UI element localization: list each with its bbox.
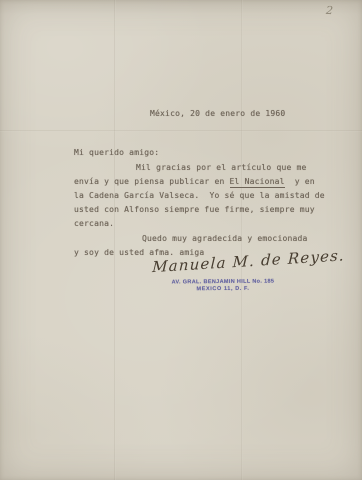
body-line-1: Mil gracias por el artículo que me xyxy=(136,163,307,172)
body-line-5: cercana. xyxy=(74,219,114,228)
body-line-3: la Cadena García Valseca. Yo sé que la a… xyxy=(74,191,325,200)
letter-scan: 2 México, 20 de enero de 1960 Mi querido… xyxy=(0,0,362,480)
vertical-fold-crease-left xyxy=(114,0,116,480)
closing-line-1: Quedo muy agradecida y emocionada xyxy=(142,234,308,243)
page-number-note: 2 xyxy=(326,4,334,17)
address-stamp-line-2: MEXICO 11, D. F. xyxy=(148,285,298,293)
body-line-4: usted con Alfonso siempre fue firme, sie… xyxy=(74,205,315,214)
body-line-2-pre: envía y que piensa publicar en xyxy=(74,177,230,186)
address-stamp: AV. GRAL. BENJAMIN HILL No. 185 MEXICO 1… xyxy=(148,278,298,293)
body-line-2: envía y que piensa publicar en El Nacion… xyxy=(74,177,315,186)
dateline: México, 20 de enero de 1960 xyxy=(150,109,285,118)
salutation: Mi querido amigo: xyxy=(74,148,159,157)
body-line-2-post: y en xyxy=(285,177,315,186)
horizontal-fold-crease xyxy=(0,130,362,132)
underlined-publication-name: El Nacional xyxy=(230,177,285,188)
